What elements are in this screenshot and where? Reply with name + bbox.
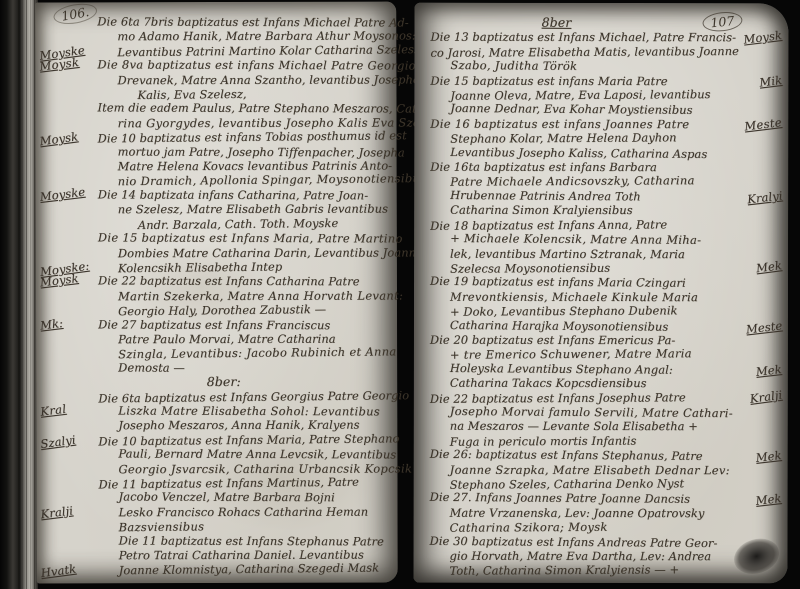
month-heading: 8ber: bbox=[98, 375, 389, 390]
line-text: Die 16ta baptizatus est infans Barbara bbox=[430, 160, 657, 174]
line-text: Levantibus Patrini Martino Kolar Cathari… bbox=[117, 42, 420, 59]
manuscript-line: MoyskDie 22 baptizatus est Infans Cathar… bbox=[98, 274, 389, 289]
line-text: Joanne Szrapka, Matre Elisabeth Dednar L… bbox=[450, 462, 730, 476]
line-text: Josepho Morvai famulo Servili, Matre Cat… bbox=[450, 404, 733, 420]
line-text: Mrevontkiensis, Michaele Kinkule Maria bbox=[450, 289, 698, 303]
margin-annotation: Moyske bbox=[39, 185, 86, 205]
line-text: Szingla, Levantibus: Jacobo Rubinich et … bbox=[118, 345, 396, 362]
manuscript-line: Pauli, Bernard Matre Anna Levcsik, Levan… bbox=[98, 447, 389, 462]
manuscript-line: Georgio Haly, Dorothea Zabustik — bbox=[98, 302, 389, 319]
manuscript-line: Catharina Simon Kralyiensibus bbox=[430, 203, 722, 218]
line-text: Patre Michaele Andicsovszky, Catharina bbox=[450, 174, 695, 189]
ink-blot bbox=[729, 533, 783, 579]
margin-annotation: Mek bbox=[755, 258, 782, 276]
manuscript-line: mortuo jam Patre, Josepho Tiffenpacher, … bbox=[98, 144, 389, 159]
margin-annotation: Moysk bbox=[39, 55, 80, 74]
line-text: lek, levantibus Martino Sztranak, Maria bbox=[450, 246, 685, 260]
line-text: 8ber: bbox=[207, 374, 241, 389]
line-text: Item die eadem Paulus, Patre Stephano Me… bbox=[97, 101, 434, 116]
margin-annotation: Mek bbox=[755, 491, 782, 508]
manuscript-line: KralLiszka Matre Elisabetha Sohol: Levan… bbox=[98, 403, 389, 418]
manuscript-line: MesteDie 16 baptizatus est infans Joanne… bbox=[430, 117, 722, 132]
manuscript-line: Die 6ta 7bris baptizatus est Infans Mich… bbox=[97, 14, 388, 29]
manuscript-line: MoyskDie 13 baptizatus est Infans Michae… bbox=[430, 30, 722, 45]
manuscript-line: + Doko, Levantibus Stephano Dubenik bbox=[430, 303, 722, 319]
line-text: Die 27. Infans Joannes Patre Joanne Danc… bbox=[430, 490, 691, 506]
manuscript-line: Stephano Kolar, Matre Helena Dayhon bbox=[430, 130, 722, 146]
manuscript-line: Mrevontkiensis, Michaele Kinkule Maria bbox=[430, 289, 722, 304]
line-text: 8ber bbox=[542, 15, 572, 30]
manuscript-line: lek, levantibus Martino Sztranak, Maria bbox=[430, 246, 722, 261]
margin-annotation: Hvatk bbox=[40, 562, 77, 581]
book-binding-edge bbox=[0, 0, 38, 589]
manuscript-line: Szabo, Juditha Török bbox=[430, 58, 722, 75]
margin-annotation: Moysk bbox=[743, 28, 783, 47]
line-text: Demosta — bbox=[118, 360, 185, 374]
manuscript-line: Demosta — bbox=[98, 360, 389, 375]
line-text: na Meszaros — Levante Sola Elisabetha + bbox=[450, 419, 698, 433]
line-text: Joanne Klomnistya, Catharina Szegedi Mas… bbox=[119, 561, 380, 578]
line-text: + Michaele Kolencsik, Matre Anna Miha- bbox=[450, 231, 701, 247]
line-text: Bazsviensibus bbox=[119, 520, 205, 535]
line-text: Die 11 baptizatus est Infans Stephanus P… bbox=[119, 533, 384, 548]
manuscript-line: Die 30 baptizatus est Infans Andreas Pat… bbox=[430, 533, 722, 550]
line-text: Catharina Takacs Kopcsdiensibus bbox=[450, 376, 647, 390]
manuscript-line: mo Adamo Hanik, Matre Barbara Athur Moys… bbox=[97, 29, 388, 44]
line-text: mortuo jam Patre, Josepho Tiffenpacher, … bbox=[118, 144, 405, 159]
line-text: Joanne Dednar, Eva Kohar Moystiensibus bbox=[450, 101, 692, 117]
manuscript-line: Joanne Szrapka, Matre Elisabeth Dednar L… bbox=[430, 462, 722, 477]
month-heading: 8ber bbox=[430, 15, 722, 32]
manuscript-line: Matre Vrzanenska, Lev: Joanne Opatrovsky bbox=[430, 506, 722, 521]
page-number-left: 106. bbox=[52, 1, 99, 27]
manuscript-line: MoyskeDie 14 baptizata infans Catharina,… bbox=[98, 187, 389, 202]
line-text: Levantibus Josepho Kaliss, Catharina Asp… bbox=[450, 145, 707, 161]
manuscript-line: Catharina Szikora; Moysk bbox=[430, 519, 722, 535]
line-text: Matre Vrzanenska, Lev: Joanne Opatrovsky bbox=[450, 506, 705, 520]
manuscript-line: na Meszaros — Levante Sola Elisabetha + bbox=[430, 419, 722, 434]
right-page-text: 8berMoyskDie 13 baptizatus est Infans Mi… bbox=[430, 16, 723, 578]
line-text: Die 27 baptizatus est Infans Franciscus bbox=[98, 317, 330, 332]
line-text: Patre Paulo Morvai, Matre Catharina bbox=[118, 332, 336, 347]
left-page-text: Die 6ta 7bris baptizatus est Infans Mich… bbox=[97, 15, 389, 578]
manuscript-line: Levantibus Josepho Kaliss, Catharina Asp… bbox=[430, 144, 722, 161]
line-text: Josepho Meszaros, Anna Hanik, Kralyens bbox=[118, 418, 359, 433]
line-text: Catharina Szikora; Moysk bbox=[450, 520, 608, 535]
margin-annotation: Kralyi bbox=[746, 188, 783, 206]
line-text: + Doko, Levantibus Stephano Dubenik bbox=[450, 303, 678, 318]
line-text: Die 15 baptizatus est infans Maria Patre bbox=[430, 73, 667, 87]
manuscript-line: Jacobo Venczel, Matre Barbara Bojni bbox=[99, 490, 390, 505]
line-text: Stephano Kolar, Matre Helena Dayhon bbox=[450, 131, 676, 146]
manuscript-line: Mk:Die 27 baptizatus est Infans Francisc… bbox=[98, 317, 389, 332]
margin-annotation: Kralji bbox=[749, 387, 783, 405]
manuscript-line: MekDie 26: baptizatus est Infans Stephan… bbox=[430, 447, 722, 464]
manuscript-line: MoyskDie 10 baptizatus est infans Tobias… bbox=[98, 129, 389, 146]
manuscript-line: MikDie 15 baptizatus est infans Maria Pa… bbox=[430, 73, 722, 88]
line-text: Die 10 baptizatus est infans Tobias post… bbox=[98, 128, 407, 145]
manuscript-line: MekHoleyska Levantibus Stephano Angal: bbox=[430, 361, 722, 378]
manuscript-line: Catharina Takacs Kopcsdiensibus bbox=[430, 376, 722, 391]
line-text: Hrubennae Patrinis Andrea Toth bbox=[450, 188, 641, 203]
margin-annotation: Mek bbox=[755, 448, 782, 465]
manuscript-line: Josepho Morvai famulo Servili, Matre Cat… bbox=[430, 404, 722, 421]
manuscript-line: HvatkJoanne Klomnistya, Catharina Szeged… bbox=[99, 561, 390, 578]
margin-annotation: Mk: bbox=[39, 315, 63, 332]
margin-annotation: Kral bbox=[40, 402, 68, 419]
line-text: Die 20 baptizatus est Infans Emericus Pa… bbox=[430, 333, 675, 347]
manuscript-line: MesteCatharina Harajka Moysonotiensibus bbox=[430, 317, 722, 334]
right-page: 107 8berMoyskDie 13 baptizatus est Infan… bbox=[413, 3, 788, 584]
line-text: Pauli, Bernard Matre Anna Levcsik, Levan… bbox=[118, 447, 396, 462]
margin-annotation: Kralji bbox=[40, 503, 74, 521]
line-text: Lesko Francisco Rohacs Catharina Heman bbox=[119, 504, 369, 519]
manuscript-line: MekDie 27. Infans Joannes Patre Joanne D… bbox=[430, 490, 722, 507]
line-text: Catharina Harajka Moysonotiensibus bbox=[450, 317, 668, 333]
manuscript-line: Die 19 baptizatus est infans Maria Czing… bbox=[430, 274, 722, 291]
line-text: ne Szelesz, Matre Elisabeth Gabris levan… bbox=[118, 202, 388, 217]
manuscript-line: Die 20 baptizatus est Infans Emericus Pa… bbox=[430, 333, 722, 348]
line-text: Die 26: baptizatus est Infans Stephanus,… bbox=[430, 447, 703, 463]
line-text: Die 16 baptizatus est infans Joannes Pat… bbox=[430, 117, 689, 131]
line-text: nio Dramich, Apollonia Spingar, Moysonot… bbox=[118, 171, 427, 188]
line-text: Holeyska Levantibus Stephano Angal: bbox=[450, 361, 673, 377]
manuscript-line: Bazsviensibus bbox=[99, 518, 390, 535]
line-text: Die 8va baptizatus est infans Michael Pa… bbox=[97, 58, 416, 73]
margin-annotation: Meste bbox=[745, 318, 783, 336]
line-text: Die 13 baptizatus est Infans Michael, Pa… bbox=[430, 30, 736, 45]
manuscript-line: KralyiHrubennae Patrinis Andrea Toth bbox=[430, 188, 722, 205]
line-text: Catharina Simon Kralyiensibus bbox=[450, 203, 633, 217]
manuscript-line: Die 15 baptizatus est Infans Maria, Patr… bbox=[98, 231, 389, 246]
margin-annotation: Szalyi bbox=[40, 432, 77, 451]
manuscript-line: + Michaele Kolencsik, Matre Anna Miha- bbox=[430, 231, 722, 248]
manuscript-line: Toth, Catharina Simon Kralyiensis — + bbox=[429, 563, 721, 579]
left-page: 106. Die 6ta 7bris baptizatus est Infans… bbox=[35, 2, 398, 584]
line-text: Die 6ta 7bris baptizatus est Infans Mich… bbox=[97, 14, 409, 29]
margin-annotation: Moysk bbox=[39, 271, 79, 290]
line-text: Georgio Haly, Dorothea Zabustik — bbox=[118, 302, 326, 318]
line-text: Die 15 baptizatus est Infans Maria, Patr… bbox=[98, 231, 403, 246]
line-text: Die 22 baptizatus est Infans Catharina P… bbox=[98, 274, 360, 289]
line-text: + tre Emerico Schuwener, Matre Maria bbox=[450, 347, 692, 362]
line-text: Szabo, Juditha Török bbox=[450, 58, 577, 73]
line-text: mo Adamo Hanik, Matre Barbara Athur Moys… bbox=[117, 29, 416, 44]
line-text: Andr. Barzala, Cath. Toth. Moyske bbox=[138, 216, 339, 232]
line-text: Die 22 baptizatus est Infans Josephus Pa… bbox=[430, 390, 686, 406]
manuscript-line: MoyskDie 8va baptizatus est infans Micha… bbox=[97, 58, 388, 73]
manuscript-line: Josepho Meszaros, Anna Hanik, Kralyens bbox=[98, 418, 389, 433]
manuscript-scan: 106. Die 6ta 7bris baptizatus est Infans… bbox=[0, 0, 800, 589]
margin-annotation: Mek bbox=[755, 362, 782, 379]
line-text: Toth, Catharina Simon Kralyiensis — + bbox=[449, 563, 679, 578]
margin-annotation: Moysk bbox=[39, 130, 79, 149]
manuscript-line: Die 11 baptizatus est Infans Stephanus P… bbox=[99, 533, 390, 548]
manuscript-line: Joanne Dednar, Eva Kohar Moystiensibus bbox=[430, 101, 722, 118]
line-text: gio Horvath, Matre Eva Dartha, Lev: Andr… bbox=[450, 549, 712, 563]
line-text: Liszka Matre Elisabetha Sohol: Levantibu… bbox=[118, 403, 380, 418]
line-text: Die 14 baptizata infans Catharina, Patre… bbox=[98, 187, 368, 202]
manuscript-line: Item die eadem Paulus, Patre Stephano Me… bbox=[97, 101, 388, 116]
line-text: Jacobo Venczel, Matre Barbara Bojni bbox=[119, 490, 335, 505]
line-text: Die 19 baptizatus est infans Maria Czing… bbox=[430, 274, 686, 290]
margin-annotation: Mik bbox=[759, 73, 783, 90]
manuscript-line: ne Szelesz, Matre Elisabeth Gabris levan… bbox=[98, 202, 389, 217]
line-text: Die 6ta baptizatus est Infans Georgius P… bbox=[98, 388, 409, 405]
margin-annotation: Meste bbox=[744, 115, 783, 134]
line-text: Die 30 baptizatus est Infans Andreas Pat… bbox=[430, 533, 718, 549]
